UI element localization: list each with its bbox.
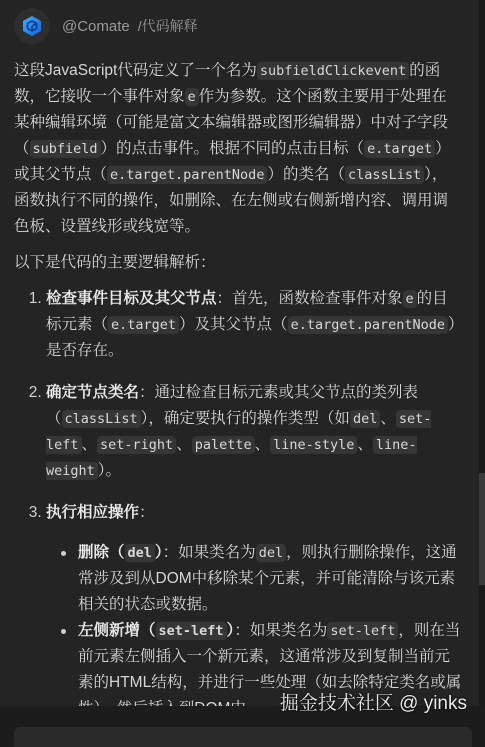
inline-code: e.target.parentNode (107, 166, 267, 184)
sender-name: @Comate (62, 18, 130, 35)
operation-title: 左侧新增（set-left） (78, 622, 234, 639)
inline-code: palette (192, 436, 255, 454)
step-item: 执行相应操作： 删除（del）：如果类名为del，则执行删除操作，这通常涉及到从… (46, 500, 462, 706)
avatar (14, 8, 50, 44)
inline-code: del (256, 544, 286, 562)
step-item: 确定节点类名：通过检查目标元素或其父节点的类列表（classList），确定要执… (46, 380, 462, 484)
inline-code: e (185, 88, 199, 106)
operations-list: 删除（del）：如果类名为del，则执行删除操作，这通常涉及到从DOM中移除某个… (46, 540, 462, 706)
comate-logo-icon (21, 15, 43, 37)
step-title: 检查事件目标及其父节点 (46, 290, 217, 307)
command-label: /代码解释 (138, 16, 198, 36)
summary-lead: 以下是代码的主要逻辑解析： (14, 250, 462, 276)
step-title: 确定节点类名 (46, 384, 139, 401)
inline-code: subfield (30, 140, 101, 158)
inline-code: e (403, 290, 417, 308)
message-body: 这段JavaScript代码定义了一个名为subfieldClickevent的… (14, 58, 462, 706)
scrollbar-track[interactable] (479, 0, 485, 706)
inline-code: subfieldClickevent (257, 62, 409, 80)
operation-title: 删除（del） (78, 544, 163, 561)
inline-code: e.target (364, 140, 435, 158)
inline-code: e.target.parentNode (288, 316, 448, 334)
inline-code: e.target (108, 316, 179, 334)
step-item: 检查事件目标及其父节点：首先，函数检查事件对象e的目标元素（e.target）及… (46, 286, 462, 364)
inline-code: classList (345, 166, 424, 184)
inline-code: del (350, 410, 380, 428)
chat-message-panel: @Comate /代码解释 这段JavaScript代码定义了一个名为subfi… (0, 0, 479, 706)
step-title: 执行相应操作 (46, 504, 139, 521)
inline-code: set-left (327, 622, 398, 640)
intro-paragraph: 这段JavaScript代码定义了一个名为subfieldClickevent的… (14, 58, 462, 240)
watermark: 掘金技术社区 @ yinks (280, 688, 467, 715)
inline-code: set-right (97, 436, 176, 454)
operation-item: 删除（del）：如果类名为del，则执行删除操作，这通常涉及到从DOM中移除某个… (78, 540, 462, 618)
message-header: @Comate /代码解释 (14, 7, 198, 45)
chat-input[interactable] (14, 727, 472, 731)
inline-code: line-style (270, 436, 357, 454)
scrollbar-thumb[interactable] (479, 473, 485, 585)
inline-code: classList (62, 410, 141, 428)
steps-list: 检查事件目标及其父节点：首先，函数检查事件对象e的目标元素（e.target）及… (14, 286, 462, 706)
